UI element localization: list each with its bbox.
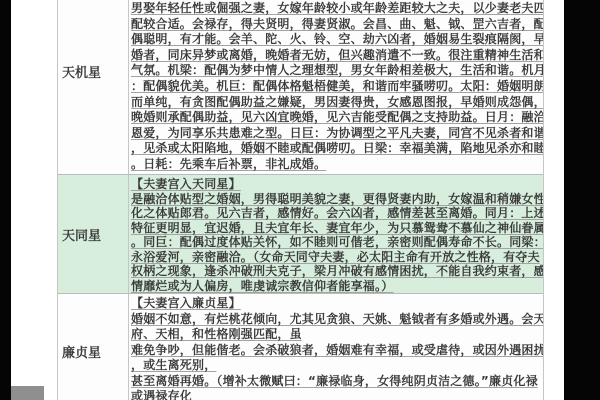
text-line: 府、天相，和性格刚强匹配，虽 [131,327,542,343]
letterbox-left [0,0,11,400]
text-line: 。同巨：配偶过度体贴关怀，如不睦则可偕老，亲密则配偶寿命不长。同梁： [131,235,542,250]
text-line: 配较合适。会禄存，得夫贤明，得妻贤淑。会昌、曲、魁、钺、罡六吉者，配 [131,17,542,33]
description-cell-tiantong: 【夫妻宫入天同星】 是融洽体贴型之婚姻，男得聪明美貌之妻，更得贤妻内助，女嫁温和… [129,175,543,293]
text-line: 而单纯，有贪图配偶助益之嫌疑，男因妻得贵，女感恩图报，早婚则成怨偶， [131,95,542,111]
star-name-cell-tiantong: 天同星 [58,175,129,293]
text-line: 婚姻不如意，有烂桃花倾向，尤其见贪狼、天姚、魁钺者有多婚或外遇。会天 [131,312,542,328]
text-line: 晚婚则承配偶助益，见六凶宜晚婚，见六吉能受配偶之支持助益。日月：融洽 [131,110,542,126]
text-line: 情靡烂或为人偏房，唯虔诚宗教信仰者能享福。） [131,279,542,294]
text-line: ：配偶貌优美。机巨：配偶体格魁梧健美，和谐而牢骚唠叨。太阳：婚姻明朗 [131,79,542,95]
table-row-tiantong: 天同星 【夫妻宫入天同星】 是融洽体贴型之婚姻，男得聪明美貌之妻，更得贤妻内助，… [58,174,543,294]
star-name-cell-tianji: 天机星 [58,0,129,174]
text-line: 婚者，同床异梦或离婚，晚婚者无妨，但兴趣消遣不一致。很注重精神生活和 [131,48,542,64]
text-line: 化之体贴郎君。见六吉者，感情好。会六凶者，感情差甚至离婚。同月：上述 [131,206,542,221]
partial-gray-element [11,386,44,400]
text-line: 。日耗：先乘车后补票，非礼成婚。 [131,157,542,173]
section-header: 【夫妻宫入廉贞星】 [131,296,542,312]
text-line: ，或生离死别， [131,358,542,374]
description-cell-tianji: 男娶年轻任性或倔强之妻，女嫁年龄较小或年龄差距较大之夫，以少妻老夫匹 配较合适。… [129,0,543,174]
text-line: 男娶年轻任性或倔强之妻，女嫁年龄较小或年龄差距较大之夫，以少妻老夫匹 [131,1,542,17]
description-cell-lianzhen: 【夫妻宫入廉贞星】 婚姻不如意，有烂桃花倾向，尤其见贪狼、天姚、魁钺者有多婚或外… [129,294,543,400]
star-name-tiantong: 天同星 [62,229,101,244]
star-description-table: 天机星 男娶年轻任性或倔强之妻，女嫁年龄较小或年龄差距较大之夫，以少妻老夫匹 配… [57,0,544,400]
text-line: 偶聪明，有才能。会羊、陀、火、铃、空、劫六凶者，婚姻易生裂痕隔阂，早 [131,32,542,48]
star-name-lianzhen: 廉贞星 [62,346,101,361]
letterbox-right [564,0,600,400]
text-line: 永浴爱河，亲密融洽。（女命天同守夫妻，必太阳主命有开放之性格，有夺夫 [131,250,542,265]
text-line: 甚至离婚再婚。（增补太微赋曰：“廉禄临身，女得纯阴贞洁之德。”廉贞化禄 [131,374,542,390]
table-row-lianzhen: 廉贞星 【夫妻宫入廉贞星】 婚姻不如意，有烂桃花倾向，尤其见贪狼、天姚、魁钺者有… [58,294,543,400]
text-line: 是融洽体贴型之婚姻，男得聪明美貌之妻，更得贤妻内助，女嫁温和稍嫌女性 [131,192,542,207]
text-line: 特征更明显，宜迟婚，且夫宜年长、妻宜年少，为只慕鸳鸯不慕仙之神仙眷属 [131,221,542,236]
star-name-tianji: 天机星 [62,66,101,81]
text-line: 气氛。机梁：配偶为梦中情人之理想型，男女年龄相差极大，生活和谐。机月 [131,63,542,79]
star-name-cell-lianzhen: 廉贞星 [58,294,129,400]
text-line: 权柄之现象，逢杀冲破刑夫克子，梁月冲破有感情困扰，不能自我约束者，感 [131,264,542,279]
table-row-tianji: 天机星 男娶年轻任性或倔强之妻，女嫁年龄较小或年龄差距较大之夫，以少妻老夫匹 配… [58,0,543,174]
text-line: 恩爱，为同享乐共患难之型。日巨：为协调型之平凡夫妻，同宫不见杀者和谐 [131,126,542,142]
section-header: 【夫妻宫入天同星】 [131,177,542,192]
text-line: 或遇禄存化 [131,389,542,400]
text-line: 难免争吵，但能偕老。会杀破狼者，婚姻难有幸福，或受虐待，或因外遇困扰 [131,343,542,359]
text-line: ，见杀或太阳陷地，婚姻不睦或配偶唠叨。日梁：幸福美满，陷地见杀亦和睦 [131,141,542,157]
